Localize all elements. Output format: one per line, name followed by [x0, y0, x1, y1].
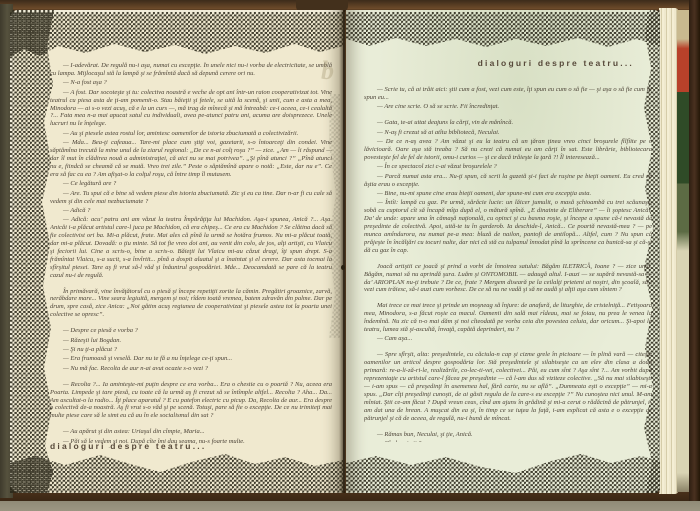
paragraph: — Are. Tu spui că e bine să vedem piese …	[50, 190, 332, 206]
paragraph: — De ce n-aş avea ? Am văzut şi eu la te…	[364, 138, 652, 162]
paragraph: — N-aş fi crezut să ai atîta bibliotecă,…	[364, 129, 652, 137]
halftone-border-bottom	[346, 451, 660, 493]
paragraph: — Cam aşa...	[364, 335, 652, 343]
right-page: dialoguri despre teatru... — Scrie tu, c…	[346, 10, 660, 493]
paragraph: — Bine, nu-mi spune cine erau bieţii oam…	[364, 190, 652, 198]
halftone-border-top	[346, 12, 660, 52]
book-cover-right-edge	[689, 0, 700, 501]
paragraph: — A fost. Dar socoteşte şi tu: colectiva…	[50, 89, 332, 129]
running-title-header: dialoguri despre teatru...	[478, 58, 634, 68]
paragraph: — Au şi piesele astea rostul lor, aminte…	[50, 130, 332, 138]
paragraph: Mai trece ce mai trece şi prinde un moşn…	[364, 302, 652, 334]
left-page-text: — I-adevărat. De regulă nu-i aşa, numai …	[50, 62, 332, 448]
paragraph: — Recolta ?... Ia aminteşte-mi puţin des…	[50, 381, 332, 421]
halftone-border-top	[10, 12, 343, 62]
paragraph: — Adică ?	[50, 207, 332, 215]
paragraph: — Ce legătură are ?	[50, 180, 332, 188]
paragraph: — În ce spectacol zici c-ai văzut broşur…	[364, 163, 652, 171]
paragraph: — Despre ce piesă e vorba ?	[50, 327, 332, 335]
paragraph: — Răzeşii lui Bogdan.	[50, 337, 332, 345]
running-title-footer: dialoguri despre teatru...	[50, 441, 206, 451]
paragraph: — Gata, te-ai uitat deajuns la cărţi, vi…	[364, 119, 652, 127]
paragraph: — Are cine scrie. O să se scrie. Fii înc…	[364, 103, 652, 111]
paragraph: — Parcă numai asta era... Nu-ţi spun, că…	[364, 173, 652, 189]
paragraph: — Spre sfîrşit, alta: preşedintele, cu c…	[364, 351, 652, 422]
paragraph: În primăvară, vine învăţătorul cu o pies…	[50, 288, 332, 320]
gutter-ink-speck	[341, 265, 345, 270]
paragraph: — Mda... Bea-ţi cafeaua... Tare-mi place…	[50, 139, 332, 179]
paragraph: — Şi nu ţi-a plăcut ?	[50, 346, 332, 354]
halftone-border-bottom	[10, 451, 343, 493]
paragraph: — Au apărut şi din astea: Uriaşul din cî…	[50, 428, 332, 436]
page-gutter-line	[343, 12, 345, 491]
ink-show-through-mark: b	[321, 56, 334, 86]
paragraph: — N-a fost aşa ?	[50, 79, 332, 87]
paragraph: — Întîi: lampă cu gaz. Pe urmă, sărăcie …	[364, 199, 652, 254]
paragraph: — Nu mă fac. Recolta de aur n-ai avut oc…	[50, 365, 332, 373]
left-page: — I-adevărat. De regulă nu-i aşa, numai …	[10, 10, 343, 493]
paragraph: Joacă artiştii ce joacă şi prind a vorbi…	[364, 263, 652, 295]
paragraph: — Cînd mai vii ?	[364, 440, 652, 442]
paragraph: — Rămas bun, Neculai, şi ţie, Anică.	[364, 431, 652, 439]
right-page-text: — Scrie tu, că ai trăit aici: ştii cum a…	[364, 86, 652, 442]
paragraph: — Scrie tu, că ai trăit aici: ştii cum a…	[364, 86, 652, 102]
paragraph: — Adică: acu’ patru ani am văzut la teat…	[50, 216, 332, 279]
book-scan-scene: — I-adevărat. De regulă nu-i aşa, numai …	[0, 0, 700, 511]
paragraph: — I-adevărat. De regulă nu-i aşa, numai …	[50, 62, 332, 78]
paragraph: — Era frumoasă şi veselă. Dar nu te fă a…	[50, 355, 332, 363]
page-edges-stack	[659, 8, 678, 494]
right-page-paragraphs: — Scrie tu, că ai trăit aici: ştii cum a…	[364, 86, 652, 442]
